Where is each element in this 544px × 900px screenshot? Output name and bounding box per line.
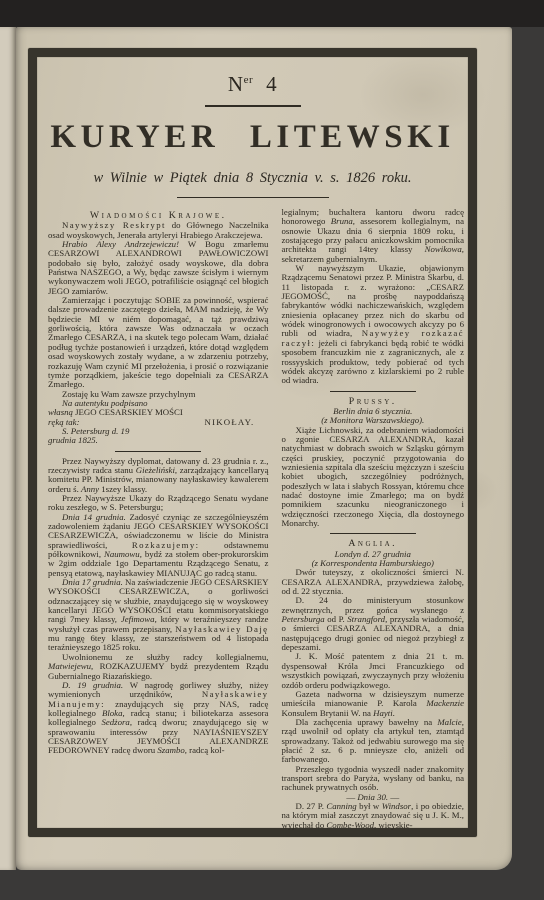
paragraph: J. K. Mość patentem z dnia 21 t. m. dysp… — [281, 652, 464, 689]
paragraph: Przeszłego tygodnia wyszedł nader znakom… — [281, 765, 464, 793]
left-column: Wiadomości Krajowe.Naywyższy Reskrypt do… — [48, 208, 268, 830]
printed-frame-border: Ner4 KURYER LITEWSKI w Wilnie w Piątek d… — [28, 48, 477, 837]
paragraph: Zamierzając i poczytując SOBIE za powinn… — [48, 296, 268, 389]
signature-name: NIKOŁAY. — [205, 418, 255, 427]
right-column: legialnym; buchaltera kantoru dworu radc… — [281, 208, 464, 830]
page-backdrop: { "colors":{"backdrop":"#3a3938","backdr… — [0, 0, 544, 900]
page-fold-edge — [0, 27, 16, 870]
paragraph: Dwór tuteyszy, z okoliczności śmierci N.… — [281, 568, 464, 596]
section-heading: Anglia. — [281, 539, 464, 548]
newspaper-title: KURYER LITEWSKI — [37, 119, 468, 156]
paragraph: W naywyższym Ukazie, objawionym Rządzące… — [281, 264, 464, 385]
issue-digit: 4 — [266, 72, 277, 96]
signature-line: S. Petersburg d. 19 grudnia 1825. — [48, 427, 268, 446]
paragraph: Dnia 17 grudnia. Na zaświadczenie JEGO C… — [48, 578, 268, 653]
article-columns: Wiadomości Krajowe.Naywyższy Reskrypt do… — [37, 198, 468, 830]
separator-rule — [115, 451, 201, 452]
section-heading: Wiadomości Krajowe. — [48, 211, 268, 220]
section-heading: Prussy. — [281, 397, 464, 406]
issue-superscript: er — [244, 74, 254, 86]
paragraph: Uwolnionemu ze służby radcy kollegialnem… — [48, 653, 268, 681]
paragraph: Dnia 14 grudnia. Zadosyć czyniąc ze szcz… — [48, 513, 268, 578]
paragraph: Przez Naywyższy dyplomat, datowany d. 23… — [48, 457, 268, 494]
masthead: Ner4 KURYER LITEWSKI w Wilnie w Piątek d… — [37, 57, 468, 198]
masthead-dateline: w Wilnie w Piątek dnia 8 Stycznia v. s. … — [37, 170, 468, 187]
paragraph: Naywyższy Reskrypt do Głównego Naczelnik… — [48, 221, 268, 240]
paragraph: Dla zachęcenia uprawy bawełny na Malcie,… — [281, 718, 464, 765]
newspaper-page: Ner4 KURYER LITEWSKI w Wilnie w Piątek d… — [16, 27, 512, 870]
masthead-rule-top — [205, 105, 301, 107]
separator-rule — [330, 533, 416, 534]
paragraph: Przez Naywyższe Ukazy do Rządzącego Sena… — [48, 494, 268, 513]
paragraph: D. 24 do ministeryum stosunkow zewnętrzn… — [281, 596, 464, 652]
paragraph: Gazeta nadworna w dzisieyszym numerze um… — [281, 690, 464, 718]
issue-prefix: N — [228, 72, 244, 96]
issue-number: Ner4 — [37, 72, 468, 97]
paragraph: legialnym; buchaltera kantoru dworu radc… — [281, 208, 464, 264]
paragraph: Hrabio Alexy Andrzejewiczu! W Bogu zmarł… — [48, 240, 268, 296]
paragraph: D. 19 grudnia. W nagrodę gorliwey służby… — [48, 681, 268, 756]
paragraph: Xiąże Lichnowski, za odebraniem wiadomoś… — [281, 426, 464, 529]
separator-rule — [330, 391, 416, 392]
paragraph: D. 27 P. Canning był w Windsor, i po obi… — [281, 802, 464, 830]
